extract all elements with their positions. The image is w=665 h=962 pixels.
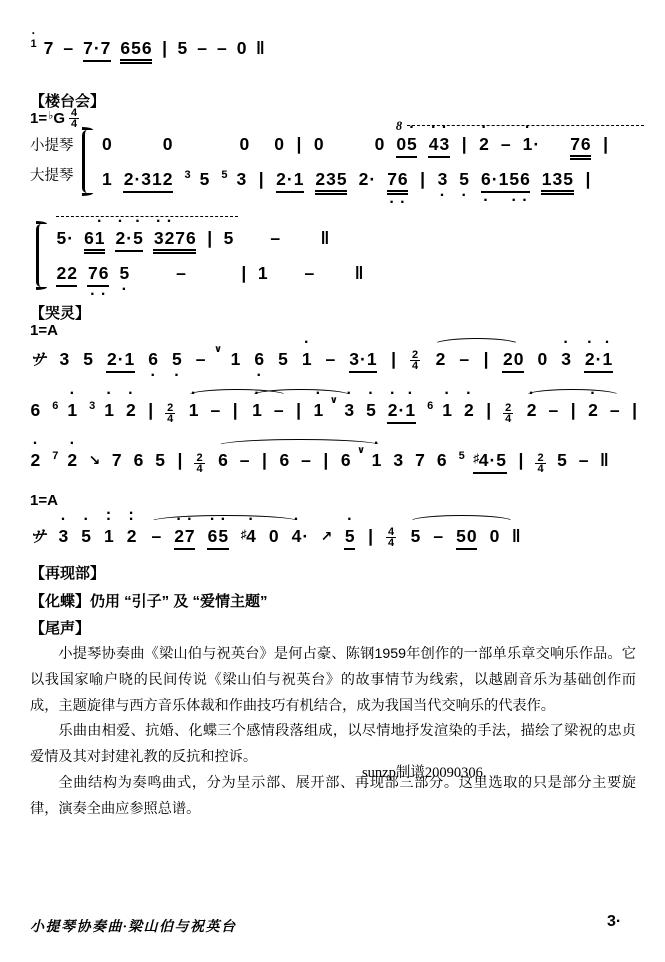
note-token: 6· xyxy=(254,349,265,370)
note-token: 1· xyxy=(30,38,37,50)
note-token: 3 xyxy=(59,349,70,370)
note-token: · xyxy=(360,349,367,370)
note-token: 3· xyxy=(437,169,448,190)
note-token: – xyxy=(63,38,74,59)
note-token: | xyxy=(570,400,577,420)
note-token: 61· xyxy=(84,228,105,254)
note-token: · xyxy=(81,517,92,522)
note-token: 4 xyxy=(503,413,513,424)
note-token: · xyxy=(126,228,133,249)
note-token xyxy=(196,278,230,279)
note-token: 2· xyxy=(463,400,474,421)
note-token: 3 xyxy=(393,450,404,471)
note-token: 1· xyxy=(442,400,453,421)
note-token: 3 xyxy=(89,400,96,412)
music-line-violin-2: 5·61·2··5·3·2·76|5–‖ xyxy=(56,228,363,250)
note-token: 5 xyxy=(131,38,142,59)
note-token: 1· xyxy=(371,450,382,471)
note-token: 2· xyxy=(387,400,398,421)
note-token: 2 xyxy=(56,263,67,284)
note-token: 7 xyxy=(52,450,59,462)
note-token: · xyxy=(526,391,537,396)
note-token: 5 xyxy=(221,169,228,181)
note-token: · xyxy=(93,38,100,59)
meter-signature: 4 4 xyxy=(69,108,79,129)
note-token: 5 xyxy=(557,450,568,471)
note-token: | xyxy=(147,400,154,420)
key-prefix: 1= xyxy=(30,110,47,127)
note-token xyxy=(278,278,294,279)
note-token: 5 xyxy=(221,169,228,181)
note-token: 2 xyxy=(502,349,513,370)
note-token xyxy=(244,243,260,244)
note-token: | xyxy=(206,228,213,249)
note-token: 1 xyxy=(230,349,241,370)
note-token: 5 xyxy=(83,349,94,370)
note-token: · xyxy=(344,517,355,522)
note-token: ‖ xyxy=(600,450,608,471)
note-token: 0 xyxy=(102,134,113,155)
note-token: 2· xyxy=(125,400,136,421)
note-token: | xyxy=(161,38,168,59)
note-token: 4 xyxy=(478,450,489,471)
note-token: 2 xyxy=(435,349,446,370)
note-token: 6 xyxy=(30,400,41,421)
note-token: 2· xyxy=(479,134,490,155)
note-token: | xyxy=(295,400,302,421)
note-token: · xyxy=(153,219,164,224)
note-token: · xyxy=(67,391,78,396)
note-token: 5 xyxy=(199,169,210,190)
note-token: 5· xyxy=(218,526,229,547)
note-token: 6· xyxy=(98,263,109,284)
note-token: 5· xyxy=(119,263,130,284)
note-token: ‖ xyxy=(256,38,264,59)
section-title-zaixianbu: 【再现部】 xyxy=(30,562,105,583)
note-token: – xyxy=(270,228,281,249)
note-token: 6 xyxy=(30,400,41,421)
note-token: · xyxy=(67,228,74,249)
note-token: 24 xyxy=(535,453,545,474)
note-token: – xyxy=(239,450,250,471)
note-token: 6 xyxy=(340,450,351,471)
note-token: – xyxy=(273,400,284,421)
note-token: 0 xyxy=(239,134,250,155)
note-token: 1 xyxy=(152,169,163,190)
note-token: 2·7· xyxy=(174,526,195,550)
note-token: – xyxy=(176,263,187,284)
note-token: 6 xyxy=(436,450,447,471)
note-token: – xyxy=(500,134,511,155)
note-token: – xyxy=(197,38,208,59)
note-token: · xyxy=(126,511,137,516)
note-token: 2 xyxy=(276,169,287,190)
note-token: · xyxy=(520,198,531,203)
note-token: 7· xyxy=(184,526,195,547)
note-token: 6· xyxy=(254,349,265,370)
note-token: 4· xyxy=(428,134,439,155)
note-token: 2· xyxy=(588,400,599,421)
note-token: 1· xyxy=(301,349,312,370)
note-token: | xyxy=(483,349,490,370)
note-token: | xyxy=(322,450,329,470)
note-token: 5 xyxy=(221,169,228,181)
note-token: 1· xyxy=(252,400,263,421)
note-token: 1·· xyxy=(522,134,540,155)
note-token: · xyxy=(437,193,448,198)
note-token: 1 xyxy=(498,169,509,190)
note-token: · xyxy=(481,198,492,203)
note-token: 76 xyxy=(570,134,591,160)
note-token: 3· xyxy=(344,400,355,421)
note-token: 5 xyxy=(410,526,421,547)
note-token: 5 xyxy=(199,169,210,190)
note-token: · xyxy=(94,219,105,224)
note-token: 5 xyxy=(456,526,467,547)
note-token: 6 xyxy=(84,228,95,249)
note-token: 0 xyxy=(162,134,173,155)
note-token: | xyxy=(485,400,492,421)
note-token: 6 xyxy=(120,38,131,59)
note-token: – xyxy=(151,526,162,547)
note-token: – xyxy=(548,400,559,421)
note-token: | xyxy=(147,400,154,421)
note-token: 7·6· xyxy=(387,169,408,195)
note-token: 0 xyxy=(236,38,247,59)
note-token: · xyxy=(588,391,599,396)
note-token: 5· xyxy=(509,169,520,190)
note-token: | xyxy=(258,169,265,190)
paragraph-1: 小提琴协奏曲《梁山伯与祝英台》是何占豪、陈钢1959年创作的一部单乐章交响乐作品… xyxy=(30,642,636,719)
key-tonic: A xyxy=(47,322,58,339)
note-token: 656 xyxy=(120,38,152,64)
note-token: | xyxy=(631,400,638,420)
note-token: · xyxy=(561,340,572,345)
note-token: 5 xyxy=(563,169,574,190)
note-token: 5· xyxy=(119,263,130,284)
note-token: – xyxy=(578,450,589,471)
note-token: · xyxy=(58,517,69,522)
note-token: 1· xyxy=(188,400,199,421)
note-token: ‖ xyxy=(512,526,520,547)
note-token: – xyxy=(609,400,620,421)
note-token: | xyxy=(485,400,492,420)
note-token: 7 xyxy=(175,228,186,249)
description-text: 小提琴协奏曲《梁山伯与祝英台》是何占豪、陈钢1959年创作的一部单乐章交响乐作品… xyxy=(30,642,636,823)
note-token: 3 xyxy=(141,169,152,190)
note-token: | xyxy=(483,349,490,369)
note-token: | xyxy=(261,450,268,470)
note-token: 6 xyxy=(436,450,447,471)
note-token: 6· xyxy=(148,349,159,370)
note-token: 5 xyxy=(458,450,465,462)
note-token: 4·· xyxy=(291,526,309,547)
part-label-violin: 小提琴 xyxy=(30,134,74,155)
note-token: – xyxy=(548,400,559,421)
note-token: 6 xyxy=(218,450,229,471)
note-token: 1· xyxy=(405,400,416,421)
note-token: 0 xyxy=(268,526,279,547)
note-token: 22 xyxy=(56,263,77,287)
note-token: – xyxy=(325,349,336,370)
note-token: · xyxy=(491,169,498,190)
section-title-kuling: 【哭灵】 xyxy=(30,302,90,323)
note-token: 6 xyxy=(427,400,434,412)
note-token: – xyxy=(195,349,206,370)
note-token: · xyxy=(125,391,136,396)
note-token: 2·· xyxy=(126,526,137,547)
note-token: 0 xyxy=(239,134,250,155)
note-token: 0 xyxy=(268,526,279,547)
note-token: 4 xyxy=(386,537,396,548)
note-token: · xyxy=(30,31,37,36)
note-token: 3 xyxy=(349,349,360,370)
note-token: ↘ xyxy=(89,452,101,469)
note-token: 4 xyxy=(410,360,420,371)
note-token: 1 xyxy=(102,169,113,190)
note-token: 6 xyxy=(218,450,229,471)
note-token: 2· xyxy=(30,450,41,471)
note-token: 4 xyxy=(165,413,175,424)
note-token: 0 xyxy=(313,134,324,155)
note-token: · xyxy=(369,169,376,190)
note-token: 2·1 xyxy=(276,169,304,193)
note-token: 3· xyxy=(439,134,450,155)
note-token: · xyxy=(291,517,302,522)
note-token: 7 xyxy=(415,450,426,471)
note-token: 6 xyxy=(427,400,434,412)
page-number: 3· xyxy=(607,913,621,931)
note-token: · xyxy=(489,450,496,471)
note-token: 24 xyxy=(194,453,204,474)
note-token: – xyxy=(270,228,281,249)
note-token: 2· xyxy=(125,400,136,421)
note-token: 1· xyxy=(252,400,263,421)
note-token: 3· xyxy=(344,400,355,421)
note-token: 2 xyxy=(315,169,326,190)
note-token: | xyxy=(461,134,468,154)
note-token: 2· xyxy=(67,450,78,471)
note-token: 1· xyxy=(442,400,453,421)
note-token: · xyxy=(134,169,141,190)
note-token: ∨ xyxy=(214,344,222,355)
note-token: 3 xyxy=(59,349,70,370)
note-token: 7 xyxy=(570,134,581,155)
note-token: 44 xyxy=(386,527,396,548)
note-token: 1· xyxy=(313,400,324,421)
note-token: 50 xyxy=(456,526,477,550)
note-token: ∨ xyxy=(357,445,365,456)
note-token: 2 xyxy=(123,169,134,190)
note-token: 0 xyxy=(374,134,385,155)
note-token: ∨ xyxy=(330,395,338,406)
note-token: 3 xyxy=(552,169,563,190)
note-token: ‖ xyxy=(256,38,264,58)
note-token: · xyxy=(286,169,293,190)
note-token: | xyxy=(232,400,239,420)
note-token: 5 xyxy=(155,450,166,471)
note-token: · xyxy=(246,517,257,522)
note-token: · xyxy=(30,441,41,446)
note-token: 6 xyxy=(427,400,434,412)
note-token: 4·3· xyxy=(428,134,449,158)
note-token: 7 xyxy=(83,38,94,59)
note-token: – xyxy=(176,263,187,284)
note-token: 5· xyxy=(56,228,74,249)
note-token: | xyxy=(261,450,268,471)
note-token: 6· xyxy=(148,349,159,370)
section-title-huadie: 【化蝶】仍用 “引子” 及 “爱情主题” xyxy=(30,590,268,611)
note-token: · xyxy=(405,391,416,396)
note-token: – xyxy=(216,38,227,59)
note-token: · xyxy=(397,200,408,205)
note-token: 5 xyxy=(410,526,421,547)
note-token: 3· xyxy=(153,228,164,249)
note-token: 135 xyxy=(541,169,573,195)
note-token: · xyxy=(366,391,377,396)
note-token: 5· xyxy=(344,526,355,547)
note-token: 2··5· xyxy=(115,228,143,252)
note-token: · xyxy=(313,391,324,396)
note-token: · xyxy=(398,400,405,421)
note-token: 3· xyxy=(58,526,69,547)
note-token: 7 xyxy=(52,450,59,462)
note-token: | xyxy=(258,169,265,189)
note-token: 6 xyxy=(340,450,351,471)
key-prefix: 1= xyxy=(30,322,47,339)
note-token: 5 xyxy=(278,349,289,370)
note-token: 7 xyxy=(111,450,122,471)
note-token: | xyxy=(419,169,426,190)
note-token: | xyxy=(161,38,168,58)
footer-title: 小提琴协奏曲·梁山伯与祝英台 xyxy=(30,916,237,936)
note-token xyxy=(335,149,363,150)
note-token: 2· xyxy=(526,400,537,421)
note-token: · xyxy=(602,340,613,345)
note-token: · xyxy=(174,517,185,522)
note-token: 2·312 xyxy=(123,169,173,193)
note-token: · xyxy=(254,373,265,378)
note-token: 1· xyxy=(30,38,37,50)
note-token: | xyxy=(390,349,397,370)
note-token xyxy=(184,149,228,150)
note-token: 1 xyxy=(102,169,113,190)
note-token: 4 xyxy=(194,463,204,474)
note-token: 7 xyxy=(111,450,122,471)
music-line-kuling-1: サ352·16·5·–∨16·51·–3·1|242–|2003·2··1· xyxy=(30,347,613,369)
note-token: 4 xyxy=(386,527,396,537)
note-token: 0 xyxy=(274,134,285,155)
note-token: 6 xyxy=(133,450,144,471)
note-token: | xyxy=(295,134,302,155)
note-token: – xyxy=(433,526,444,547)
note-token: サ xyxy=(28,347,47,370)
note-token: · xyxy=(407,125,418,130)
note-token: 0 xyxy=(489,526,500,547)
note-token: 2· xyxy=(115,228,126,249)
note-token: 3 xyxy=(326,169,337,190)
note-token: 1· xyxy=(522,134,533,155)
note-token: 5 xyxy=(56,228,67,249)
note-token: – xyxy=(609,400,620,421)
note-token: 3· xyxy=(437,169,448,190)
note-token: 2 xyxy=(535,453,545,463)
note-token: · xyxy=(442,391,453,396)
note-token: 0 xyxy=(489,526,500,547)
note-token: 5 xyxy=(223,228,234,249)
huadie-note: 仍用 “引子” 及 “爱情主题” xyxy=(90,593,268,610)
note-token: – xyxy=(304,263,315,284)
note-token: | xyxy=(602,134,609,155)
note-token: 1· xyxy=(104,400,115,421)
note-token: 1· xyxy=(301,349,312,370)
note-token: | xyxy=(295,134,302,154)
note-token: 5· xyxy=(407,134,418,155)
note-token: 2· xyxy=(67,450,78,471)
note-token: 5· xyxy=(81,526,92,547)
key-signature-kuling-1: 1=A xyxy=(30,322,58,339)
note-token: 5· xyxy=(133,228,144,249)
note-token: | xyxy=(240,263,247,283)
note-token: 2· xyxy=(358,169,376,190)
note-token: 0 xyxy=(537,349,548,370)
note-token: 5 xyxy=(177,38,188,59)
note-token: 7·7 xyxy=(83,38,111,62)
note-token: 1· xyxy=(602,349,613,370)
note-token: – xyxy=(210,400,221,421)
note-token: ♯4·5 xyxy=(473,450,506,474)
note-token: – xyxy=(304,263,315,284)
note-token: 5 xyxy=(83,349,94,370)
note-token: · xyxy=(188,391,199,396)
note-token xyxy=(123,149,151,150)
note-token: – xyxy=(325,349,336,370)
note-token: – xyxy=(273,400,284,421)
note-token: · xyxy=(148,373,159,378)
note-token xyxy=(140,278,166,279)
note-token: | xyxy=(602,134,609,154)
note-token xyxy=(261,149,263,150)
note-token: 3 xyxy=(393,450,404,471)
note-token: 1· xyxy=(371,450,382,471)
note-token: 3 xyxy=(89,400,96,412)
note-token: 7 xyxy=(43,38,54,59)
music-line-kuling-3: 2·72·↘765|246–|6–|6∨1·3765♯4·5|245–‖ xyxy=(30,450,608,472)
note-token: 0 xyxy=(162,134,173,155)
note-token: 05· xyxy=(396,134,417,158)
note-token: · xyxy=(87,292,98,297)
note-token: 1 xyxy=(257,263,268,284)
note-token: · xyxy=(218,517,229,522)
note-token: · xyxy=(119,287,130,292)
note-token: | xyxy=(206,228,213,248)
note-token: 2· xyxy=(30,450,41,471)
note-token: · xyxy=(509,198,520,203)
note-token: | xyxy=(518,450,525,471)
note-token: · xyxy=(302,526,309,547)
note-token: 2· xyxy=(164,228,175,249)
note-token: 7 xyxy=(415,450,426,471)
paragraph-2: 乐曲由相爱、抗婚、化蝶三个感情段落组成，以尽情地抒发渲染的手法，描绘了梁祝的忠贞… xyxy=(30,719,636,771)
note-token: 2· xyxy=(463,400,474,421)
note-token: 0 xyxy=(374,134,385,155)
note-token: ‖ xyxy=(355,263,363,283)
note-token: – xyxy=(500,134,511,155)
note-token: | xyxy=(585,169,592,190)
note-token: 7 xyxy=(52,450,59,462)
note-token: 235 xyxy=(315,169,347,195)
note-token: 5 xyxy=(458,450,465,462)
